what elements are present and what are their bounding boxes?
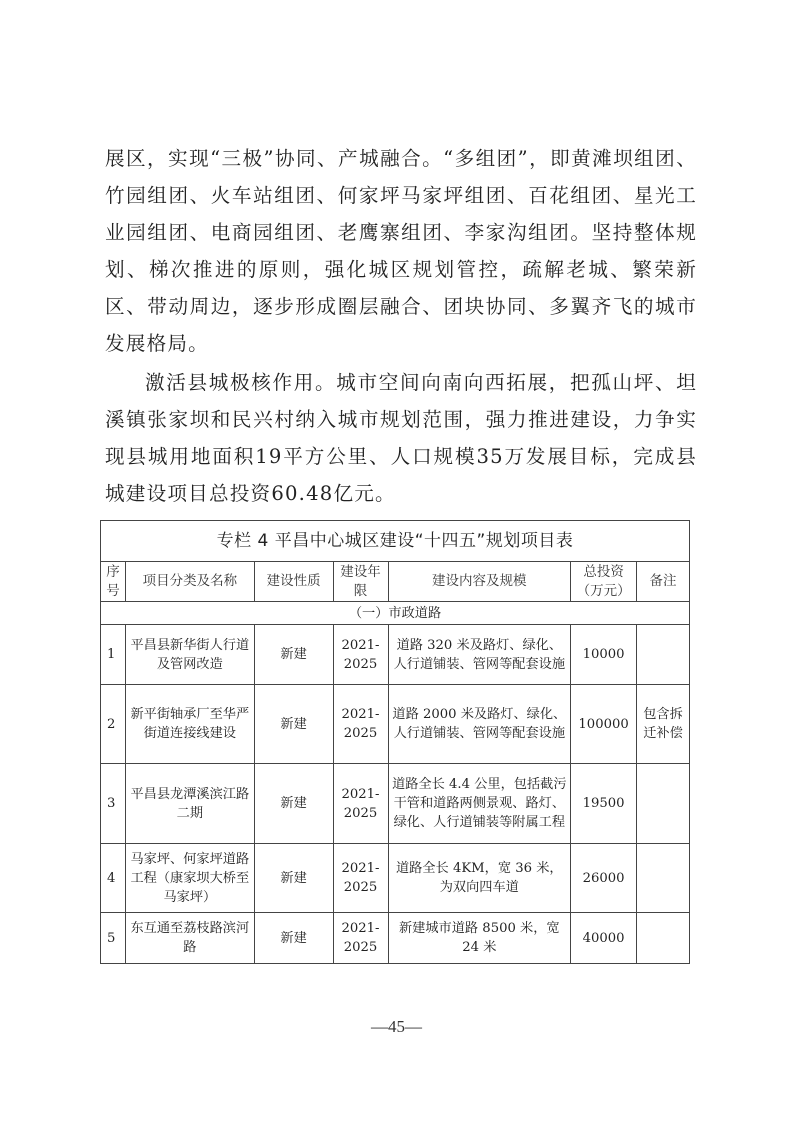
row-name: 东互通至荔枝路滨河路 [125,913,254,964]
row-period: 2021-2025 [333,625,388,685]
table-header-row: 序号 项目分类及名称 建设性质 建设年限 建设内容及规模 总投资（万元） 备注 [101,562,690,602]
row-investment: 26000 [571,844,637,913]
row-name: 新平街轴承厂至华严街道连接线建设 [125,685,254,764]
row-investment: 100000 [571,685,637,764]
header-content: 建设内容及规模 [388,562,571,602]
row-content: 道路全长 4KM，宽 36 米，为双向四车道 [388,844,571,913]
header-period: 建设年限 [333,562,388,602]
header-investment: 总投资（万元） [571,562,637,602]
row-type: 新建 [254,685,333,764]
row-no: 3 [101,764,126,844]
header-name: 项目分类及名称 [125,562,254,602]
table-title: 专栏 4 平昌中心城区建设“十四五”规划项目表 [101,521,690,562]
table-row: 3 平昌县龙潭溪滨江路二期 新建 2021-2025 道路全长 4.4 公里，包… [101,764,690,844]
table-row: 1 平昌县新华街人行道及管网改造 新建 2021-2025 道路 320 米及路… [101,625,690,685]
row-period: 2021-2025 [333,913,388,964]
row-no: 2 [101,685,126,764]
row-investment: 19500 [571,764,637,844]
row-type: 新建 [254,764,333,844]
row-no: 5 [101,913,126,964]
row-investment: 10000 [571,625,637,685]
row-content: 新建城市道路 8500 米，宽 24 米 [388,913,571,964]
body-paragraph-1: 展区，实现“三极”协同、产城融合。“多组团”，即黄滩坝组团、竹园组团、火车站组团… [105,140,697,362]
row-name: 平昌县龙潭溪滨江路二期 [125,764,254,844]
table-row: 4 马家坪、何家坪道路工程（康家坝大桥至马家坪） 新建 2021-2025 道路… [101,844,690,913]
section-label: （一）市政道路 [101,602,690,625]
row-period: 2021-2025 [333,764,388,844]
row-note [637,844,690,913]
row-note: 包含拆迁补偿 [637,685,690,764]
row-note [637,625,690,685]
row-period: 2021-2025 [333,844,388,913]
row-content: 道路 320 米及路灯、绿化、人行道铺装、管网等配套设施 [388,625,571,685]
row-content: 道路 2000 米及路灯、绿化、人行道铺装、管网等配套设施 [388,685,571,764]
header-type: 建设性质 [254,562,333,602]
header-note: 备注 [637,562,690,602]
row-investment: 40000 [571,913,637,964]
row-type: 新建 [254,913,333,964]
row-name: 马家坪、何家坪道路工程（康家坝大桥至马家坪） [125,844,254,913]
page-number: —45— [0,1017,793,1037]
project-table: 专栏 4 平昌中心城区建设“十四五”规划项目表 序号 项目分类及名称 建设性质 … [100,520,690,964]
body-paragraph-2: 激活县城极核作用。城市空间向南向西拓展，把孤山坪、坦溪镇张家坝和民兴村纳入城市规… [105,364,697,512]
table-row: 2 新平街轴承厂至华严街道连接线建设 新建 2021-2025 道路 2000 … [101,685,690,764]
header-no: 序号 [101,562,126,602]
row-name: 平昌县新华街人行道及管网改造 [125,625,254,685]
row-type: 新建 [254,844,333,913]
row-content: 道路全长 4.4 公里，包括截污干管和道路两侧景观、路灯、绿化、人行道铺装等附属… [388,764,571,844]
row-no: 4 [101,844,126,913]
row-no: 1 [101,625,126,685]
row-period: 2021-2025 [333,685,388,764]
table-row: 5 东互通至荔枝路滨河路 新建 2021-2025 新建城市道路 8500 米，… [101,913,690,964]
row-note [637,913,690,964]
row-type: 新建 [254,625,333,685]
row-note [637,764,690,844]
